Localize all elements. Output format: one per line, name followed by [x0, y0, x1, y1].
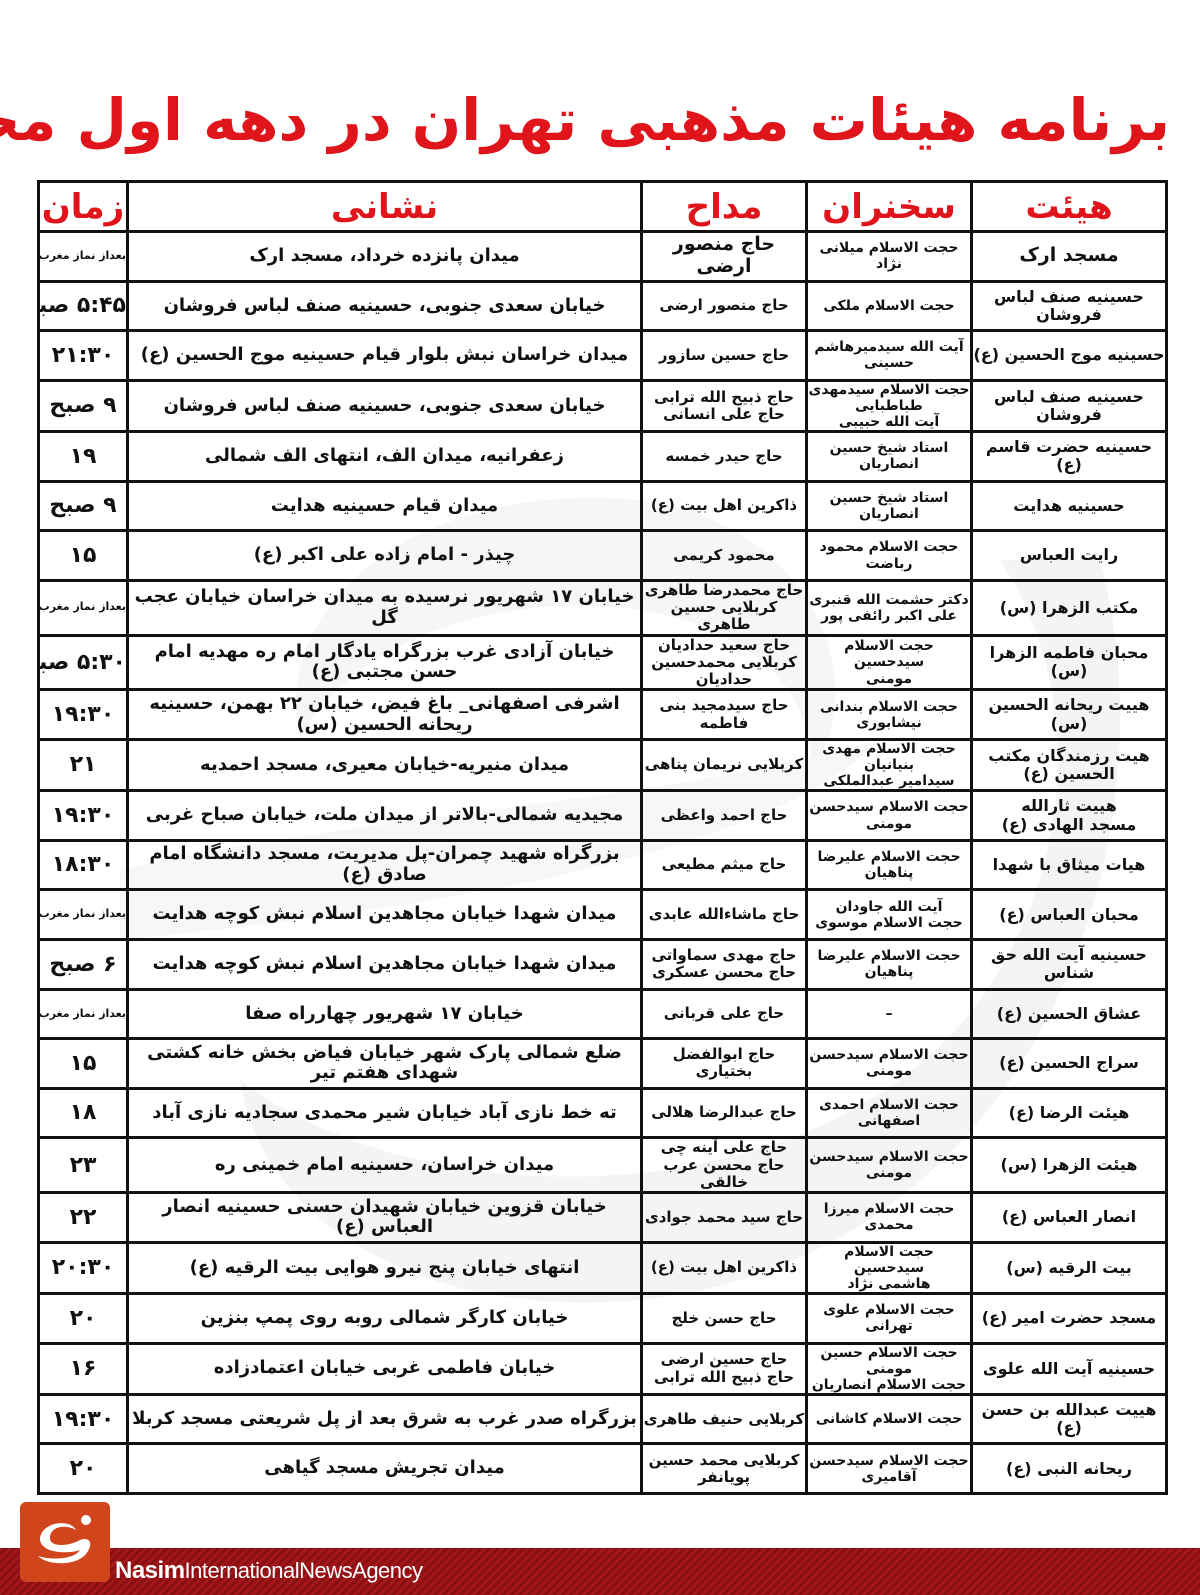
heyat-line: محبان فاطمه الزهرا (س)	[973, 644, 1165, 681]
address-cell: زعفرانیه، میدان الف، انتهای الف شمالی	[128, 432, 642, 482]
maddah-cell: ذاکرین اهل بیت (ع)	[642, 1242, 807, 1293]
speaker-cell: حجت الاسلام سیدمهدی طباطباییآیت الله حبی…	[807, 380, 972, 431]
maddah-cell: حاج احمد واعظی	[642, 791, 807, 841]
heyat-cell: بیت الرقیه (س)	[972, 1242, 1167, 1293]
time-cell: بعداز نماز مغرب	[39, 989, 128, 1039]
maddah-line: حاج حسین سازور	[643, 347, 805, 364]
time-cell: ۱۹	[39, 432, 128, 482]
heyat-line: حسینیه صنف لباس	[973, 288, 1165, 306]
heyat-cell: هییت ثاراللهمسجد الهادی (ع)	[972, 791, 1167, 841]
table-row: سراج الحسین (ع)حجت الاسلام سیدحسنمومنیحا…	[39, 1039, 1167, 1089]
maddah-cell: ذاکرین اهل بیت (ع)	[642, 481, 807, 531]
speaker-line: حجت الاسلام میرزا محمدی	[808, 1201, 970, 1233]
maddah-line: حاج علی انسانی	[643, 406, 805, 423]
speaker-line: حجت الاسلام سیدحسین	[808, 1244, 970, 1276]
maddah-line: حاج عبدالرضا هلالی	[643, 1104, 805, 1121]
maddah-cell: حاج ذبیح الله ترابیحاج علی انسانی	[642, 380, 807, 431]
maddah-cell: حاج عبدالرضا هلالی	[642, 1088, 807, 1138]
heyat-line: رایت العباس	[973, 546, 1165, 564]
maddah-cell: حاج ابوالفضل بختیاری	[642, 1039, 807, 1089]
heyat-line: هیئت الزهرا (س)	[973, 1156, 1165, 1174]
heyat-cell: هیئت الرضا (ع)	[972, 1088, 1167, 1138]
address-cell: میدان شهدا خیابان مجاهدین اسلام نبش کوچه…	[128, 890, 642, 940]
maddah-line: کربلایی نریمان پناهی	[643, 756, 805, 773]
speaker-cell: حجت الاسلام سیدحسنمومنی	[807, 1039, 972, 1089]
speaker-cell: حجت الاسلام ملکی	[807, 281, 972, 331]
heyat-cell: مکتب الزهرا (س)	[972, 580, 1167, 635]
time-cell: ۹ صبح	[39, 481, 128, 531]
heyat-cell: حسینیه آیت الله علوی	[972, 1343, 1167, 1394]
address-cell: خیابان کارگر شمالی روبه روی پمپ بنزین	[128, 1294, 642, 1344]
maddah-line: حاج محسن عسکری	[643, 964, 805, 981]
time-cell: ۲۲	[39, 1193, 128, 1243]
heyat-line: حسینیه آیت الله حق شناس	[973, 946, 1165, 983]
schedule-table: هیئت سخنران مداح نشانی زمان مسجد ارکحجت …	[37, 180, 1168, 1495]
time-cell: ۱۸	[39, 1088, 128, 1138]
speaker-line: پناهیان	[808, 964, 970, 980]
time-cell: ۵:۳۰ صبح	[39, 635, 128, 690]
time-cell: ۵:۴۵ صبح	[39, 281, 128, 331]
heyat-line: محبان العباس (ع)	[973, 906, 1165, 924]
table-row: حسینیه صنف لباسفروشانحجت الاسلام ملکیحاج…	[39, 281, 1167, 331]
heyat-line: هییت ریحانه الحسین (س)	[973, 696, 1165, 733]
address-cell: میدان پانزده خرداد، مسجد ارک	[128, 232, 642, 282]
table-row: انصار العباس (ع)حجت الاسلام میرزا محمدیح…	[39, 1193, 1167, 1243]
speaker-line: مومنی	[808, 671, 970, 687]
speaker-line: –	[808, 1006, 970, 1022]
speaker-line: حجت الاسلام احمدی	[808, 1097, 970, 1113]
heyat-line: مسجد الهادی (ع)	[973, 816, 1165, 834]
table-row: حسینیه هدایتاستاد شیخ حسین انصاریانذاکری…	[39, 481, 1167, 531]
maddah-line: حاج حیدر خمسه	[643, 448, 805, 465]
heyat-line: حسینیه آیت الله علوی	[973, 1360, 1165, 1378]
heyat-line: مسجد حضرت امیر (ع)	[973, 1309, 1165, 1327]
heyat-line: مسجد ارک	[973, 245, 1165, 267]
maddah-line: حاج منصور ارضی	[643, 234, 805, 278]
heyat-line: حسینیه حضرت قاسم (ع)	[973, 438, 1165, 475]
maddah-line: حاج علی قربانی	[643, 1005, 805, 1022]
table-row: هیئت الرضا (ع)حجت الاسلام احمدیاصفهانیحا…	[39, 1088, 1167, 1138]
speaker-line: آیت الله حبیبی	[808, 414, 970, 430]
maddah-line: حاج علی آینه چی	[643, 1139, 805, 1156]
speaker-line: پناهیان	[808, 865, 970, 881]
table-row: رایت العباسحجت الاسلام محمود رباضتمحمود …	[39, 531, 1167, 581]
address-cell: ته خط نازی آباد خیابان شیر محمدی سجادیه …	[128, 1088, 642, 1138]
time-cell: ۲۰:۳۰	[39, 1242, 128, 1293]
table-body: مسجد ارکحجت الاسلام میلانی نژادحاج منصور…	[39, 232, 1167, 1494]
speaker-cell: حجت الاسلام میرزا محمدی	[807, 1193, 972, 1243]
time-cell: ۶ صبح	[39, 940, 128, 990]
table-row: محبان العباس (ع)آیت الله جاودانحجت الاسل…	[39, 890, 1167, 940]
table-row: بیت الرقیه (س)حجت الاسلام سیدحسینهاشمی ن…	[39, 1242, 1167, 1293]
time-cell: ۲۱	[39, 739, 128, 790]
heyat-line: هییت عبدالله بن حسن (ع)	[973, 1401, 1165, 1438]
speaker-line: سیدامیر عبدالملکی	[808, 773, 970, 789]
time-cell: ۱۹:۳۰	[39, 1394, 128, 1444]
address-cell: خیابان ۱۷ شهریور نرسیده به میدان خراسان …	[128, 580, 642, 635]
address-cell: خیابان ۱۷ شهریور چهارراه صفا	[128, 989, 642, 1039]
maddah-cell: حاج حسن خلج	[642, 1294, 807, 1344]
heyat-line: عشاق الحسین (ع)	[973, 1005, 1165, 1023]
heyat-line: هیت رزمندگان مکتب	[973, 747, 1165, 765]
maddah-line: حاج محمدرضا طاهری	[643, 582, 805, 599]
maddah-line: حاج محسن عرب خالقی	[643, 1157, 805, 1192]
speaker-cell: حجت الاسلام سیدحسنمومنی	[807, 1138, 972, 1193]
maddah-cell: حاج ماشاءالله عابدی	[642, 890, 807, 940]
maddah-line: حاج ذبیح الله ترابی	[643, 1369, 805, 1386]
heyat-line: هیات میثاق با شهدا	[973, 856, 1165, 874]
heyat-line: بیت الرقیه (س)	[973, 1259, 1165, 1277]
speaker-cell: آیت الله جاودانحجت الاسلام موسوی	[807, 890, 972, 940]
maddah-line: کربلایی حسین طاهری	[643, 599, 805, 634]
time-cell: ۱۵	[39, 531, 128, 581]
speaker-cell: حجت الاسلام بندانینیشابوری	[807, 690, 972, 740]
table-row: مکتب الزهرا (س)دکتر حشمت الله قنبریعلی ا…	[39, 580, 1167, 635]
table-row: حسینیه حضرت قاسم (ع)استاد شیخ حسین انصار…	[39, 432, 1167, 482]
speaker-cell: حجت الاسلام کاشانی	[807, 1394, 972, 1444]
maddah-line: حاج سیدمجید بنی فاطمه	[643, 697, 805, 732]
table-row: هیئت الزهرا (س)حجت الاسلام سیدحسنمومنیحا…	[39, 1138, 1167, 1193]
time-cell: ۱۸:۳۰	[39, 840, 128, 890]
time-cell: بعداز نماز مغرب	[39, 890, 128, 940]
table-row: محبان فاطمه الزهرا (س)حجت الاسلام سیدحسی…	[39, 635, 1167, 690]
time-cell: ۱۹:۳۰	[39, 690, 128, 740]
heyat-line: هیئت الرضا (ع)	[973, 1104, 1165, 1122]
maddah-line: ذاکرین اهل بیت (ع)	[643, 497, 805, 514]
heyat-cell: رایت العباس	[972, 531, 1167, 581]
speaker-line: دکتر حشمت الله قنبری	[808, 592, 970, 608]
heyat-line: سراج الحسین (ع)	[973, 1054, 1165, 1072]
maddah-line: حاج منصور ارضی	[643, 297, 805, 314]
heyat-cell: حسینیه آیت الله حق شناس	[972, 940, 1167, 990]
table-row: هییت عبدالله بن حسن (ع)حجت الاسلام کاشان…	[39, 1394, 1167, 1444]
maddah-cell: حاج محمدرضا طاهریکربلایی حسین طاهری	[642, 580, 807, 635]
maddah-cell: حاج سید محمد جوادی	[642, 1193, 807, 1243]
maddah-cell: حاج علی آینه چیحاج محسن عرب خالقی	[642, 1138, 807, 1193]
speaker-cell: حجت الاسلام احمدیاصفهانی	[807, 1088, 972, 1138]
address-cell: میدان قیام حسینیه هدایت	[128, 481, 642, 531]
table-row: هییت ثاراللهمسجد الهادی (ع)حجت الاسلام س…	[39, 791, 1167, 841]
address-cell: مجیدیه شمالی-بالاتر از میدان ملت، خیابان…	[128, 791, 642, 841]
speaker-cell: آیت الله سیدمیرهاشمحسینی	[807, 331, 972, 381]
header-time: زمان	[39, 182, 128, 232]
maddah-line: ذاکرین اهل بیت (ع)	[643, 1259, 805, 1276]
address-cell: خیابان سعدی جنوبی، حسینیه صنف لباس فروشا…	[128, 281, 642, 331]
speaker-line: استاد شیخ حسین انصاریان	[808, 440, 970, 472]
heyat-cell: سراج الحسین (ع)	[972, 1039, 1167, 1089]
speaker-line: حجت الاسلام علیرضا	[808, 849, 970, 865]
nasim-logo-icon	[20, 1502, 110, 1582]
maddah-line: حاج میثم مطیعی	[643, 856, 805, 873]
speaker-line: حجت الاسلام سیدحسن	[808, 1047, 970, 1063]
speaker-line: علی اکبر رائفی پور	[808, 608, 970, 624]
maddah-cell: کربلایی نریمان پناهی	[642, 739, 807, 790]
heyat-cell: عشاق الحسین (ع)	[972, 989, 1167, 1039]
maddah-line: حاج سید محمد جوادی	[643, 1209, 805, 1226]
heyat-cell: مسجد حضرت امیر (ع)	[972, 1294, 1167, 1344]
speaker-cell: حجت الاسلام مهدی بنیانیانسیدامیر عبدالمل…	[807, 739, 972, 790]
speaker-line: اصفهانی	[808, 1113, 970, 1129]
table-row: حسینیه صنف لباسفروشانحجت الاسلام سیدمهدی…	[39, 380, 1167, 431]
time-cell: ۲۰	[39, 1444, 128, 1494]
speaker-line: حجت الاسلام سیدحسن آقامیری	[808, 1453, 970, 1485]
header-speaker: سخنران	[807, 182, 972, 232]
heyat-line: فروشان	[973, 406, 1165, 424]
speaker-line: حجت الاسلام علوی تهرانی	[808, 1302, 970, 1334]
maddah-cell: حاج علی قربانی	[642, 989, 807, 1039]
maddah-line: حاج ماشاءالله عابدی	[643, 906, 805, 923]
maddah-cell: حاج حسین ارضیحاج ذبیح الله ترابی	[642, 1343, 807, 1394]
speaker-cell: –	[807, 989, 972, 1039]
maddah-line: محمود کریمی	[643, 547, 805, 564]
speaker-line: حجت الاسلام محمود رباضت	[808, 539, 970, 571]
maddah-cell: حاج حیدر خمسه	[642, 432, 807, 482]
speaker-cell: حجت الاسلام علیرضاپناهیان	[807, 840, 972, 890]
heyat-line: هییت ثارالله	[973, 797, 1165, 815]
time-cell: ۲۰	[39, 1294, 128, 1344]
heyat-line: حسینیه صنف لباس	[973, 388, 1165, 406]
header-address: نشانی	[128, 182, 642, 232]
table-row: هییت ریحانه الحسین (س)حجت الاسلام بندانی…	[39, 690, 1167, 740]
heyat-line: انصار العباس (ع)	[973, 1208, 1165, 1226]
time-cell: بعداز نماز مغرب	[39, 580, 128, 635]
speaker-line: حجت الاسلام سیدحسین	[808, 638, 970, 670]
table-row: هیت رزمندگان مکتبالحسین (ع)حجت الاسلام م…	[39, 739, 1167, 790]
heyat-line: مکتب الزهرا (س)	[973, 599, 1165, 617]
speaker-line: مومنی	[808, 1165, 970, 1181]
table-row: حسینیه موج الحسین (ع)آیت الله سیدمیرهاشم…	[39, 331, 1167, 381]
speaker-line: مومنی	[808, 816, 970, 832]
maddah-line: حاج ذبیح الله ترابی	[643, 389, 805, 406]
heyat-line: فروشان	[973, 306, 1165, 324]
speaker-line: حسینی	[808, 355, 970, 371]
maddah-cell: کربلایی محمد حسین پویانفر	[642, 1444, 807, 1494]
speaker-cell: استاد شیخ حسین انصاریان	[807, 481, 972, 531]
time-cell: بعداز نماز مغرب	[39, 232, 128, 282]
speaker-cell: حجت الاسلام سیدحسینهاشمی نژاد	[807, 1242, 972, 1293]
maddah-cell: حاج مهدی سماواتیحاج محسن عسکری	[642, 940, 807, 990]
address-cell: میدان خراسان، حسینیه امام خمینی ره	[128, 1138, 642, 1193]
table-row: عشاق الحسین (ع)–حاج علی قربانیخیابان ۱۷ …	[39, 989, 1167, 1039]
address-cell: خیابان سعدی جنوبی، حسینیه صنف لباس فروشا…	[128, 380, 642, 431]
maddah-line: حاج مهدی سماواتی	[643, 947, 805, 964]
maddah-line: حاج احمد واعظی	[643, 807, 805, 824]
heyat-cell: هیئت الزهرا (س)	[972, 1138, 1167, 1193]
speaker-line: حجت الاسلام حسین مومنی	[808, 1345, 970, 1377]
maddah-cell: حاج منصور ارضی	[642, 281, 807, 331]
heyat-cell: هییت ریحانه الحسین (س)	[972, 690, 1167, 740]
maddah-line: حاج حسین ارضی	[643, 1351, 805, 1368]
maddah-cell: حاج سعید حدادیانکربلایی محمدحسین حدادیان	[642, 635, 807, 690]
speaker-line: حجت الاسلام میلانی نژاد	[808, 240, 970, 272]
heyat-cell: هیت رزمندگان مکتبالحسین (ع)	[972, 739, 1167, 790]
maddah-cell: حاج حسین سازور	[642, 331, 807, 381]
heyat-cell: حسینیه حضرت قاسم (ع)	[972, 432, 1167, 482]
header-maddah: مداح	[642, 182, 807, 232]
maddah-cell: کربلایی حنیف طاهری	[642, 1394, 807, 1444]
time-cell: ۱۶	[39, 1343, 128, 1394]
speaker-line: هاشمی نژاد	[808, 1276, 970, 1292]
time-cell: ۲۳	[39, 1138, 128, 1193]
address-cell: اشرفی اصفهانی_ باغ فیض، خیابان ۲۲ بهمن، …	[128, 690, 642, 740]
heyat-cell: حسینیه هدایت	[972, 481, 1167, 531]
speaker-cell: حجت الاسلام حسین مومنیحجت الاسلام انصاری…	[807, 1343, 972, 1394]
heyat-cell: محبان فاطمه الزهرا (س)	[972, 635, 1167, 690]
address-cell: خیابان فاطمی غربی خیابان اعتمادزاده	[128, 1343, 642, 1394]
address-cell: میدان خراسان نبش بلوار قیام حسینیه موج ا…	[128, 331, 642, 381]
speaker-cell: حجت الاسلام سیدحسینمومنی	[807, 635, 972, 690]
page-title: برنامه هیئات مذهبی تهران در دهه اول محرم…	[30, 80, 1170, 160]
table-row: ریحانه النبی (ع)حجت الاسلام سیدحسن آقامی…	[39, 1444, 1167, 1494]
table-row: حسینیه آیت الله حق شناسحجت الاسلام علیرض…	[39, 940, 1167, 990]
heyat-cell: ریحانه النبی (ع)	[972, 1444, 1167, 1494]
address-cell: بزرگراه صدر غرب به شرق بعد از پل شریعتی …	[128, 1394, 642, 1444]
speaker-line: حجت الاسلام ملکی	[808, 298, 970, 314]
maddah-line: حاج سعید حدادیان	[643, 637, 805, 654]
heyat-cell: حسینیه موج الحسین (ع)	[972, 331, 1167, 381]
heyat-cell: هیات میثاق با شهدا	[972, 840, 1167, 890]
maddah-cell: حاج سیدمجید بنی فاطمه	[642, 690, 807, 740]
address-cell: انتهای خیابان پنج نیرو هوایی بیت الرقیه …	[128, 1242, 642, 1293]
heyat-cell: حسینیه صنف لباسفروشان	[972, 380, 1167, 431]
maddah-line: کربلایی محمدحسین حدادیان	[643, 654, 805, 689]
heyat-cell: انصار العباس (ع)	[972, 1193, 1167, 1243]
address-cell: میدان شهدا خیابان مجاهدین اسلام نبش کوچه…	[128, 940, 642, 990]
speaker-cell: حجت الاسلام سیدحسن آقامیری	[807, 1444, 972, 1494]
speaker-cell: حجت الاسلام محمود رباضت	[807, 531, 972, 581]
maddah-line: حاج ابوالفضل بختیاری	[643, 1046, 805, 1081]
speaker-line: حجت الاسلام موسوی	[808, 915, 970, 931]
speaker-line: حجت الاسلام علیرضا	[808, 948, 970, 964]
speaker-line: آیت الله سیدمیرهاشم	[808, 339, 970, 355]
table-row: حسینیه آیت الله علویحجت الاسلام حسین موم…	[39, 1343, 1167, 1394]
speaker-cell: استاد شیخ حسین انصاریان	[807, 432, 972, 482]
table-row: مسجد حضرت امیر (ع)حجت الاسلام علوی تهران…	[39, 1294, 1167, 1344]
time-cell: ۹ صبح	[39, 380, 128, 431]
heyat-cell: محبان العباس (ع)	[972, 890, 1167, 940]
speaker-cell: حجت الاسلام سیدحسنمومنی	[807, 791, 972, 841]
heyat-line: حسینیه هدایت	[973, 497, 1165, 515]
time-cell: ۱۵	[39, 1039, 128, 1089]
heyat-cell: حسینیه صنف لباسفروشان	[972, 281, 1167, 331]
address-cell: میدان تجریش مسجد گیاهی	[128, 1444, 642, 1494]
address-cell: بزرگراه شهید چمران-پل مدیریت، مسجد دانشگ…	[128, 840, 642, 890]
speaker-line: استاد شیخ حسین انصاریان	[808, 490, 970, 522]
address-cell: چیذر - امام زاده علی اکبر (ع)	[128, 531, 642, 581]
table-row: هیات میثاق با شهداحجت الاسلام علیرضاپناه…	[39, 840, 1167, 890]
header-heyat: هیئت	[972, 182, 1167, 232]
speaker-line: حجت الاسلام مهدی بنیانیان	[808, 741, 970, 773]
address-cell: خیابان قزوین خیابان شهیدان حسنی حسینیه ا…	[128, 1193, 642, 1243]
heyat-line: حسینیه موج الحسین (ع)	[973, 346, 1165, 364]
nasim-logo-glyph-icon	[30, 1510, 100, 1574]
maddah-line: کربلایی محمد حسین پویانفر	[643, 1452, 805, 1487]
address-cell: خیابان آزادی غرب بزرگراه یادگار امام ره …	[128, 635, 642, 690]
table-row: مسجد ارکحجت الاسلام میلانی نژادحاج منصور…	[39, 232, 1167, 282]
speaker-cell: دکتر حشمت الله قنبریعلی اکبر رائفی پور	[807, 580, 972, 635]
heyat-cell: مسجد ارک	[972, 232, 1167, 282]
maddah-line: حاج حسن خلج	[643, 1310, 805, 1327]
maddah-cell: محمود کریمی	[642, 531, 807, 581]
speaker-line: حجت الاسلام کاشانی	[808, 1411, 970, 1427]
agency-name: NasimInternationalNewsAgency	[115, 1553, 423, 1589]
speaker-cell: حجت الاسلام میلانی نژاد	[807, 232, 972, 282]
speaker-cell: حجت الاسلام علوی تهرانی	[807, 1294, 972, 1344]
address-cell: میدان منیریه-خیابان معیری، مسجد احمدیه	[128, 739, 642, 790]
heyat-line: ریحانه النبی (ع)	[973, 1460, 1165, 1478]
time-cell: ۱۹:۳۰	[39, 791, 128, 841]
address-cell: ضلع شمالی پارک شهر خیابان فیاض بخش خانه …	[128, 1039, 642, 1089]
heyat-line: الحسین (ع)	[973, 765, 1165, 783]
speaker-line: نیشابوری	[808, 715, 970, 731]
maddah-line: کربلایی حنیف طاهری	[643, 1411, 805, 1428]
speaker-line: حجت الاسلام سیدحسن	[808, 1149, 970, 1165]
heyat-cell: هییت عبدالله بن حسن (ع)	[972, 1394, 1167, 1444]
speaker-line: حجت الاسلام انصاریان	[808, 1377, 970, 1393]
maddah-cell: حاج میثم مطیعی	[642, 840, 807, 890]
speaker-line: حجت الاسلام سیدحسن	[808, 799, 970, 815]
speaker-line: حجت الاسلام بندانی	[808, 699, 970, 715]
table-header-row: هیئت سخنران مداح نشانی زمان	[39, 182, 1167, 232]
maddah-cell: حاج منصور ارضی	[642, 232, 807, 282]
speaker-line: مومنی	[808, 1063, 970, 1079]
time-cell: ۲۱:۳۰	[39, 331, 128, 381]
speaker-line: آیت الله جاودان	[808, 899, 970, 915]
speaker-line: حجت الاسلام سیدمهدی طباطبایی	[808, 382, 970, 414]
speaker-cell: حجت الاسلام علیرضاپناهیان	[807, 940, 972, 990]
